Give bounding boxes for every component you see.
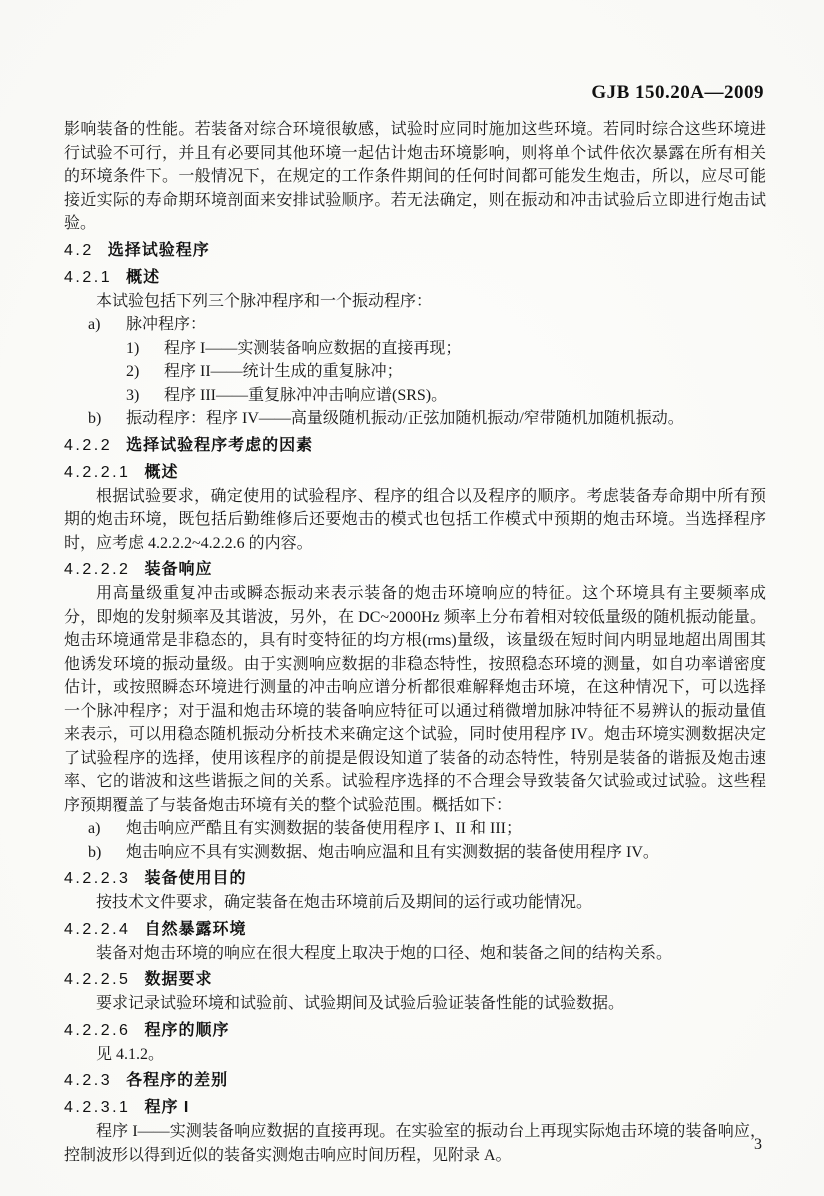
page-content: 影响装备的性能。若装备对综合环境很敏感，试验时应同时施加这些环境。若同时综合这些…	[64, 118, 766, 1167]
heading-title: 概述	[144, 460, 178, 485]
heading-number: 4.2.2.6	[64, 1018, 130, 1043]
list-item-a2: 2) 程序 II——统计生成的重复脉冲；	[64, 360, 766, 384]
heading-title: 装备使用目的	[144, 866, 246, 891]
heading-number: 4.2.2.1	[64, 460, 130, 485]
list-marker: b)	[88, 407, 126, 431]
paragraph-4-2-2-5: 要求记录试验环境和试验前、试验期间及试验后验证装备性能的试验数据。	[64, 992, 766, 1016]
document-page: GJB 150.20A—2009 影响装备的性能。若装备对综合环境很敏感，试验时…	[0, 0, 824, 1196]
heading-title: 装备响应	[144, 557, 212, 582]
heading-number: 4.2.2.4	[64, 917, 130, 942]
list-marker: a)	[88, 817, 126, 841]
paragraph-4-2-3-1: 程序 I——实测装备响应数据的直接再现。在实验室的振动台上再现实际炮击环境的装备…	[64, 1120, 766, 1167]
heading-title: 概述	[126, 265, 160, 290]
section-heading-4-2-2-5: 4.2.2.5 数据要求	[64, 967, 766, 992]
page-number: 3	[754, 1136, 762, 1154]
doc-number: GJB 150.20A—2009	[591, 82, 764, 104]
heading-title: 各程序的差别	[126, 1068, 228, 1093]
section-heading-4-2-2-4: 4.2.2.4 自然暴露环境	[64, 917, 766, 942]
list-marker: b)	[88, 841, 126, 865]
paragraph-4-2-2-1: 根据试验要求，确定使用的试验程序、程序的组合以及程序的顺序。考虑装备寿命期中所有…	[64, 485, 766, 556]
section-heading-4-2-2-1: 4.2.2.1 概述	[64, 460, 766, 485]
heading-number: 4.2.2.5	[64, 967, 130, 992]
heading-number: 4.2.2	[64, 433, 112, 458]
section-heading-4-2-2-6: 4.2.2.6 程序的顺序	[64, 1018, 766, 1043]
section-heading-4-2-2-2: 4.2.2.2 装备响应	[64, 557, 766, 582]
heading-title: 数据要求	[144, 967, 212, 992]
list-item-text: 振动程序：程序 IV——高量级随机振动/正弦加随机振动/窄带随机加随机振动。	[126, 407, 766, 431]
list-marker: 2)	[126, 360, 164, 384]
section-heading-4-2-3-1: 4.2.3.1 程序 I	[64, 1095, 766, 1120]
section-heading-4-2: 4.2 选择试验程序	[64, 238, 766, 263]
list-item-b: b) 振动程序：程序 IV——高量级随机振动/正弦加随机振动/窄带随机加随机振动…	[64, 407, 766, 431]
heading-number: 4.2.3.1	[64, 1095, 130, 1120]
list-item-response-a: a) 炮击响应严酷且有实测数据的装备使用程序 I、II 和 III；	[64, 817, 766, 841]
list-item-a3: 3) 程序 III——重复脉冲冲击响应谱(SRS)。	[64, 384, 766, 408]
list-marker: 3)	[126, 384, 164, 408]
paragraph-4-2-2-4: 装备对炮击环境的响应在很大程度上取决于炮的口径、炮和装备之间的结构关系。	[64, 942, 766, 966]
paragraph-4-2-2-2: 用高量级重复冲击或瞬态振动来表示装备的炮击环境响应的特征。这个环境具有主要频率成…	[64, 582, 766, 817]
list-marker: 1)	[126, 337, 164, 361]
list-item-text: 程序 I——实测装备响应数据的直接再现；	[164, 337, 766, 361]
paragraph-4-2-1: 本试验包括下列三个脉冲程序和一个振动程序：	[64, 290, 766, 314]
paragraph-continuation: 影响装备的性能。若装备对综合环境很敏感，试验时应同时施加这些环境。若同时综合这些…	[64, 118, 766, 236]
list-item-text: 程序 III——重复脉冲冲击响应谱(SRS)。	[164, 384, 766, 408]
paragraph-4-2-2-3: 按技术文件要求，确定装备在炮击环境前后及期间的运行或功能情况。	[64, 891, 766, 915]
list-marker: a)	[88, 313, 126, 337]
list-item-text: 炮击响应不具有实测数据、炮击响应温和且有实测数据的装备使用程序 IV。	[126, 841, 766, 865]
heading-number: 4.2.3	[64, 1068, 112, 1093]
section-heading-4-2-1: 4.2.1 概述	[64, 265, 766, 290]
list-item-response-b: b) 炮击响应不具有实测数据、炮击响应温和且有实测数据的装备使用程序 IV。	[64, 841, 766, 865]
list-item-text: 程序 II——统计生成的重复脉冲；	[164, 360, 766, 384]
heading-title: 选择试验程序	[108, 238, 210, 263]
section-heading-4-2-2: 4.2.2 选择试验程序考虑的因素	[64, 433, 766, 458]
paragraph-4-2-2-6: 见 4.1.2。	[64, 1043, 766, 1067]
list-item-a1: 1) 程序 I——实测装备响应数据的直接再现；	[64, 337, 766, 361]
list-item-text: 脉冲程序：	[126, 313, 766, 337]
heading-title: 选择试验程序考虑的因素	[126, 433, 313, 458]
heading-title: 程序的顺序	[144, 1018, 229, 1043]
heading-number: 4.2.1	[64, 265, 112, 290]
list-item-text: 炮击响应严酷且有实测数据的装备使用程序 I、II 和 III；	[126, 817, 766, 841]
heading-title: 程序 I	[144, 1095, 189, 1120]
section-heading-4-2-3: 4.2.3 各程序的差别	[64, 1068, 766, 1093]
heading-number: 4.2.2.2	[64, 557, 130, 582]
section-heading-4-2-2-3: 4.2.2.3 装备使用目的	[64, 866, 766, 891]
list-item-a: a) 脉冲程序：	[64, 313, 766, 337]
heading-number: 4.2	[64, 238, 94, 263]
heading-title: 自然暴露环境	[144, 917, 246, 942]
heading-number: 4.2.2.3	[64, 866, 130, 891]
